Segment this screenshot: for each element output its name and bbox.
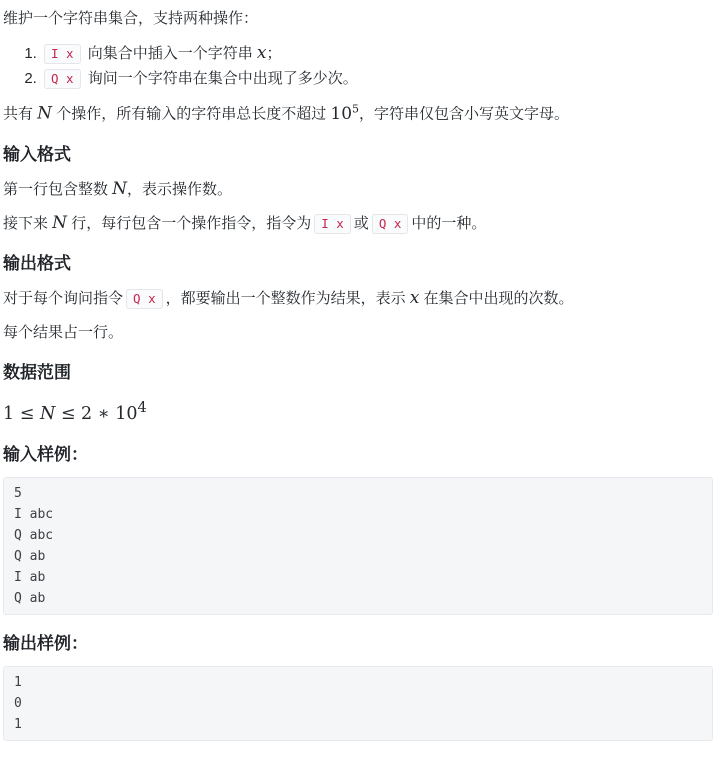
text-segment: 对于每个询问指令 [3,290,123,307]
list-item-query-text: 询问一个字符串在集合中出现了多少次。 [88,70,358,87]
math-base: 10 [330,104,352,124]
intro-paragraph: 维护一个字符串集合，支持两种操作： [3,8,713,30]
problem-statement: 维护一个字符串集合，支持两种操作： I x 向集合中插入一个字符串 x； Q x… [0,0,717,741]
constraints-paragraph: 共有 N 个操作，所有输入的字符串总长度不超过 105，字符串仅包含小写英文字母… [3,103,713,126]
text-segment: 在集合中出现的次数。 [419,290,573,307]
math-var-x: x [257,43,267,63]
text-segment: ，都要输出一个整数作为结果，表示 [166,290,410,307]
text-segment: 或 [354,215,369,232]
inline-code-insert: I x [44,44,81,64]
inline-code-query: Q x [372,214,409,234]
math-segment: ≤ 2 ∗ 10 [55,403,137,423]
input-line2-paragraph: 接下来 N 行，每行包含一个操作指令，指令为I x或Q x中的一种。 [3,213,713,235]
text-segment: 个操作，所有输入的字符串总长度不超过 [52,106,330,123]
list-item-query: Q x 询问一个字符串在集合中出现了多少次。 [41,67,713,91]
heading-sample-input: 输入样例： [3,442,713,467]
text-segment: 第一行包含整数 [3,181,112,198]
math-var-x: x [410,288,420,308]
math-var-n: N [37,104,52,124]
text-segment: 行，每行包含一个操作指令，指令为 [67,215,311,232]
math-exponent: 4 [137,399,146,416]
heading-sample-output: 输出样例： [3,631,713,656]
output-desc-paragraph: 对于每个询问指令Q x，都要输出一个整数作为结果，表示 x 在集合中出现的次数。 [3,288,713,310]
list-item-insert-tail: ； [267,45,282,62]
heading-data-range: 数据范围 [3,360,713,385]
heading-output-format: 输出格式 [3,251,713,276]
text-segment: 共有 [3,106,37,123]
sample-output-block: 1 0 1 [3,666,713,741]
input-line1-paragraph: 第一行包含整数 N，表示操作数。 [3,179,713,201]
heading-input-format: 输入格式 [3,142,713,167]
operations-list: I x 向集合中插入一个字符串 x； Q x 询问一个字符串在集合中出现了多少次… [3,42,713,91]
text-segment: ，字符串仅包含小写英文字母。 [359,106,569,123]
text-segment: 接下来 [3,215,52,232]
inline-code-query: Q x [126,289,163,309]
inline-code-insert: I x [314,214,351,234]
sample-input-block: 5 I abc Q abc Q ab I ab Q ab [3,477,713,615]
math-var-n: N [52,213,67,233]
math-exponent: 5 [352,102,359,115]
text-segment: ，表示操作数。 [127,181,232,198]
math-ten-pow-five: 105 [330,104,359,124]
inline-code-query: Q x [44,69,81,89]
output-line-paragraph: 每个结果占一行。 [3,322,713,344]
list-item-insert: I x 向集合中插入一个字符串 x； [41,42,713,66]
list-item-insert-text: 向集合中插入一个字符串 [88,45,257,62]
math-segment: 1 ≤ [3,403,40,423]
data-range-formula: 1 ≤ N ≤ 2 ∗ 104 [3,395,713,427]
math-var-n: N [40,403,55,423]
text-segment: 中的一种。 [411,215,486,232]
math-var-n: N [112,179,127,199]
